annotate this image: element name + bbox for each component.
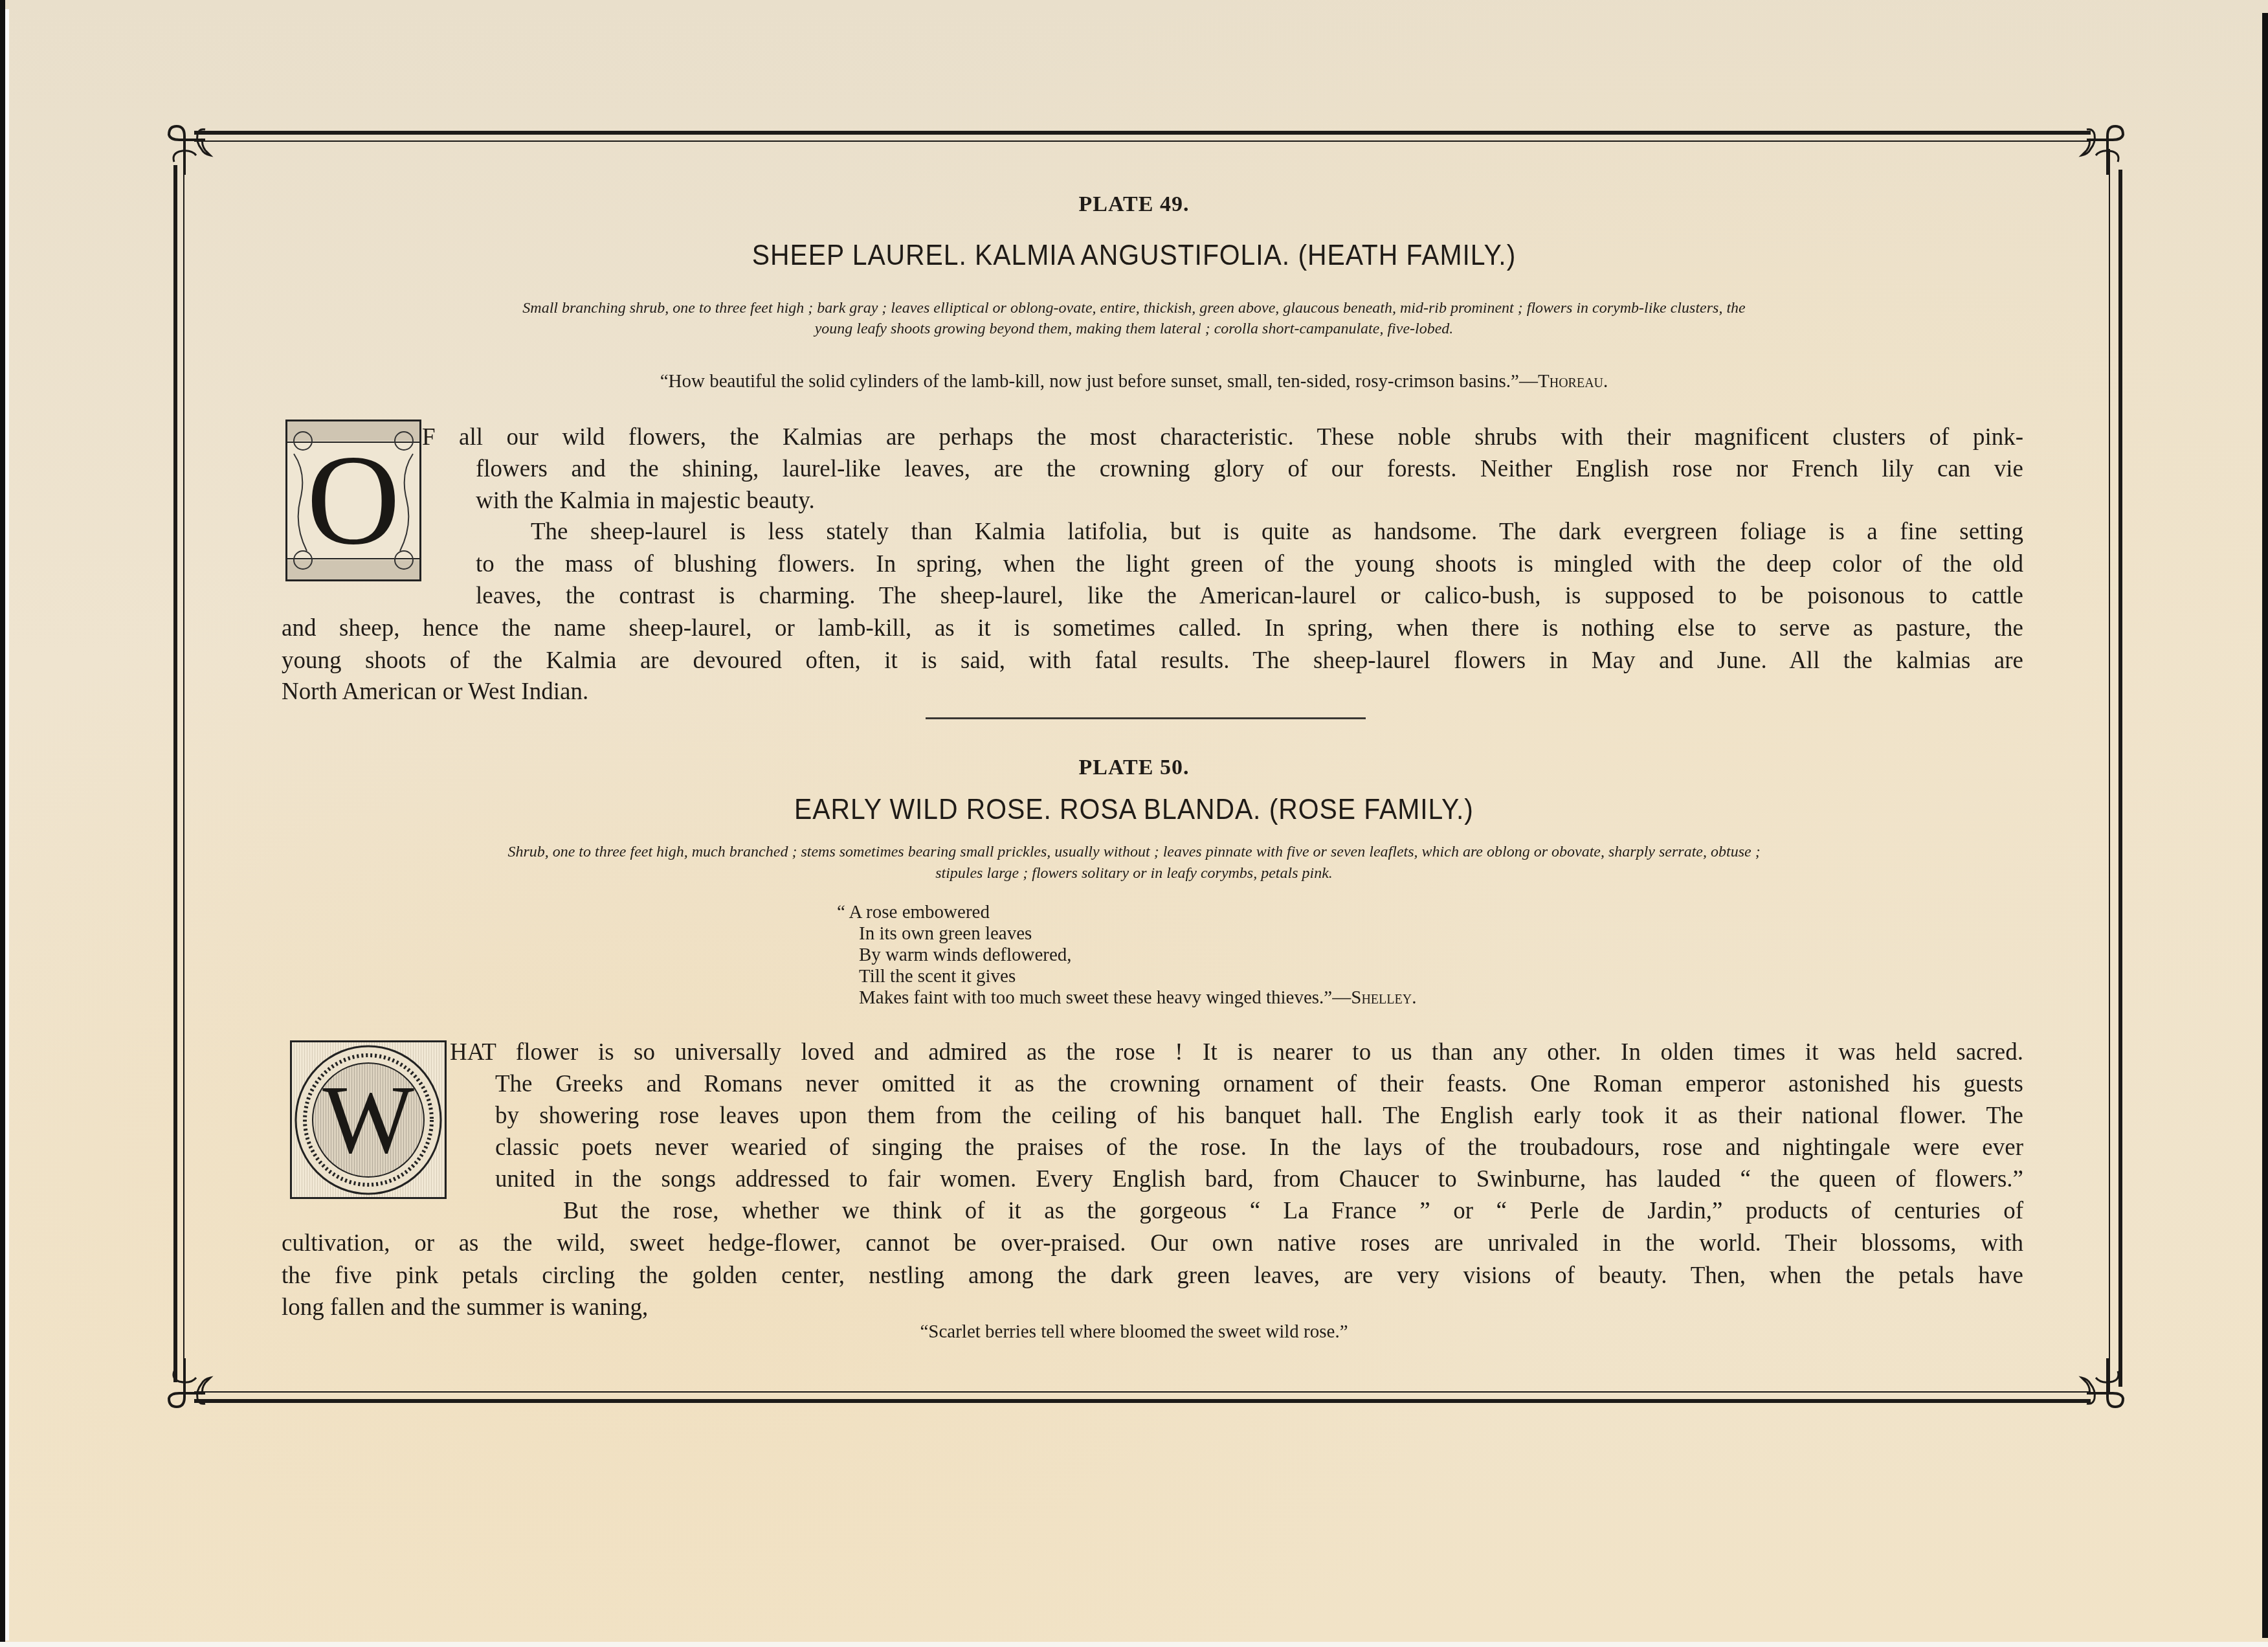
- drop-cap-frame: W: [290, 1040, 447, 1199]
- botanical-description-line: Small branching shrub, one to three feet…: [0, 300, 2268, 317]
- body-line: long fallen and the summer is waning,: [282, 1294, 735, 1322]
- poem-line: “ A rose embowered: [837, 902, 990, 923]
- frame-bottom-thick: [194, 1399, 2091, 1403]
- scan-edge-highlight: [5, 9, 9, 1641]
- corner-scroll-icon: [165, 123, 223, 181]
- body-line: North American or West Indian.: [282, 678, 670, 706]
- plate-title: SHEEP LAUREL. KALMIA ANGUSTIFOLIA. (HEAT…: [80, 240, 2189, 272]
- frame-top-thick: [194, 131, 2091, 135]
- plate-title: EARLY WILD ROSE. ROSA BLANDA. (ROSE FAMI…: [80, 794, 2189, 826]
- body-line: The sheep-laurel is less stately than Ka…: [531, 518, 2023, 546]
- epigraph-text: “How beautiful the solid cylinders of th…: [660, 371, 1538, 392]
- closing-quote: “Scarlet berries tell where bloomed the …: [0, 1321, 2268, 1343]
- body-line: cultivation, or as the wild, sweet hedge…: [282, 1229, 2023, 1258]
- scan-edge-right: [2262, 13, 2268, 1638]
- epigraph-author: Thoreau.: [1538, 371, 1608, 392]
- drop-cap-letter: W: [292, 1055, 445, 1185]
- drop-cap-frame: O: [285, 420, 421, 581]
- plate-number: PLATE 50.: [0, 756, 2268, 780]
- frame-top-thin: [194, 140, 2091, 142]
- body-line: classic poets never wearied of singing t…: [495, 1134, 2023, 1162]
- epigraph: “How beautiful the solid cylinders of th…: [0, 371, 2268, 392]
- poem-line: Till the scent it gives: [859, 966, 1016, 987]
- frame-bottom-thin: [194, 1391, 2091, 1393]
- body-line: F all our wild flowers, the Kalmias are …: [422, 423, 2023, 452]
- body-line: HAT flower is so universally loved and a…: [450, 1038, 2023, 1067]
- body-line: The Greeks and Romans never omitted it a…: [495, 1070, 2023, 1099]
- poem-line: In its own green leaves: [859, 923, 1032, 945]
- body-line: with the Kalmia in majestic beauty.: [476, 487, 864, 515]
- body-line: by showering rose leaves upon them from …: [495, 1102, 2023, 1130]
- botanical-description-line: stipules large ; flowers solitary or in …: [0, 865, 2268, 882]
- botanical-description-line: Shrub, one to three feet high, much bran…: [0, 844, 2268, 861]
- scanned-page: PLATE 49. SHEEP LAUREL. KALMIA ANGUSTIFO…: [0, 0, 2268, 1647]
- section-divider: [926, 717, 1366, 719]
- corner-scroll-icon: [2069, 123, 2127, 181]
- body-line: the five pink petals circling the golden…: [282, 1262, 2023, 1290]
- body-line: and sheep, hence the name sheep-laurel, …: [282, 614, 2023, 643]
- scan-edge-left: [0, 0, 5, 1647]
- body-line: leaves, the contrast is charming. The sh…: [476, 582, 2023, 611]
- scan-edge-bottom: [0, 1642, 2268, 1647]
- plate-number: PLATE 49.: [0, 192, 2268, 217]
- body-line: to the mass of blushing flowers. In spri…: [476, 550, 2023, 579]
- body-line: young shoots of the Kalmia are devoured …: [282, 647, 2023, 675]
- body-line: united in the songs addressed to fair wo…: [495, 1165, 2023, 1194]
- corner-scroll-icon: [2069, 1352, 2127, 1410]
- drop-cap-letter: O: [287, 429, 419, 572]
- poem-line: By warm winds deflowered,: [859, 945, 1072, 966]
- poem-author: Shelley.: [1351, 987, 1416, 1008]
- body-line: But the rose, whether we think of it as …: [563, 1197, 2023, 1226]
- body-line: flowers and the shining, laurel-like lea…: [476, 455, 2023, 484]
- poem-line: Makes faint with too much sweet these he…: [859, 987, 1416, 1009]
- corner-scroll-icon: [165, 1352, 223, 1410]
- botanical-description-line: young leafy shoots growing beyond them, …: [0, 320, 2268, 338]
- poem-last-line-text: Makes faint with too much sweet these he…: [859, 987, 1351, 1008]
